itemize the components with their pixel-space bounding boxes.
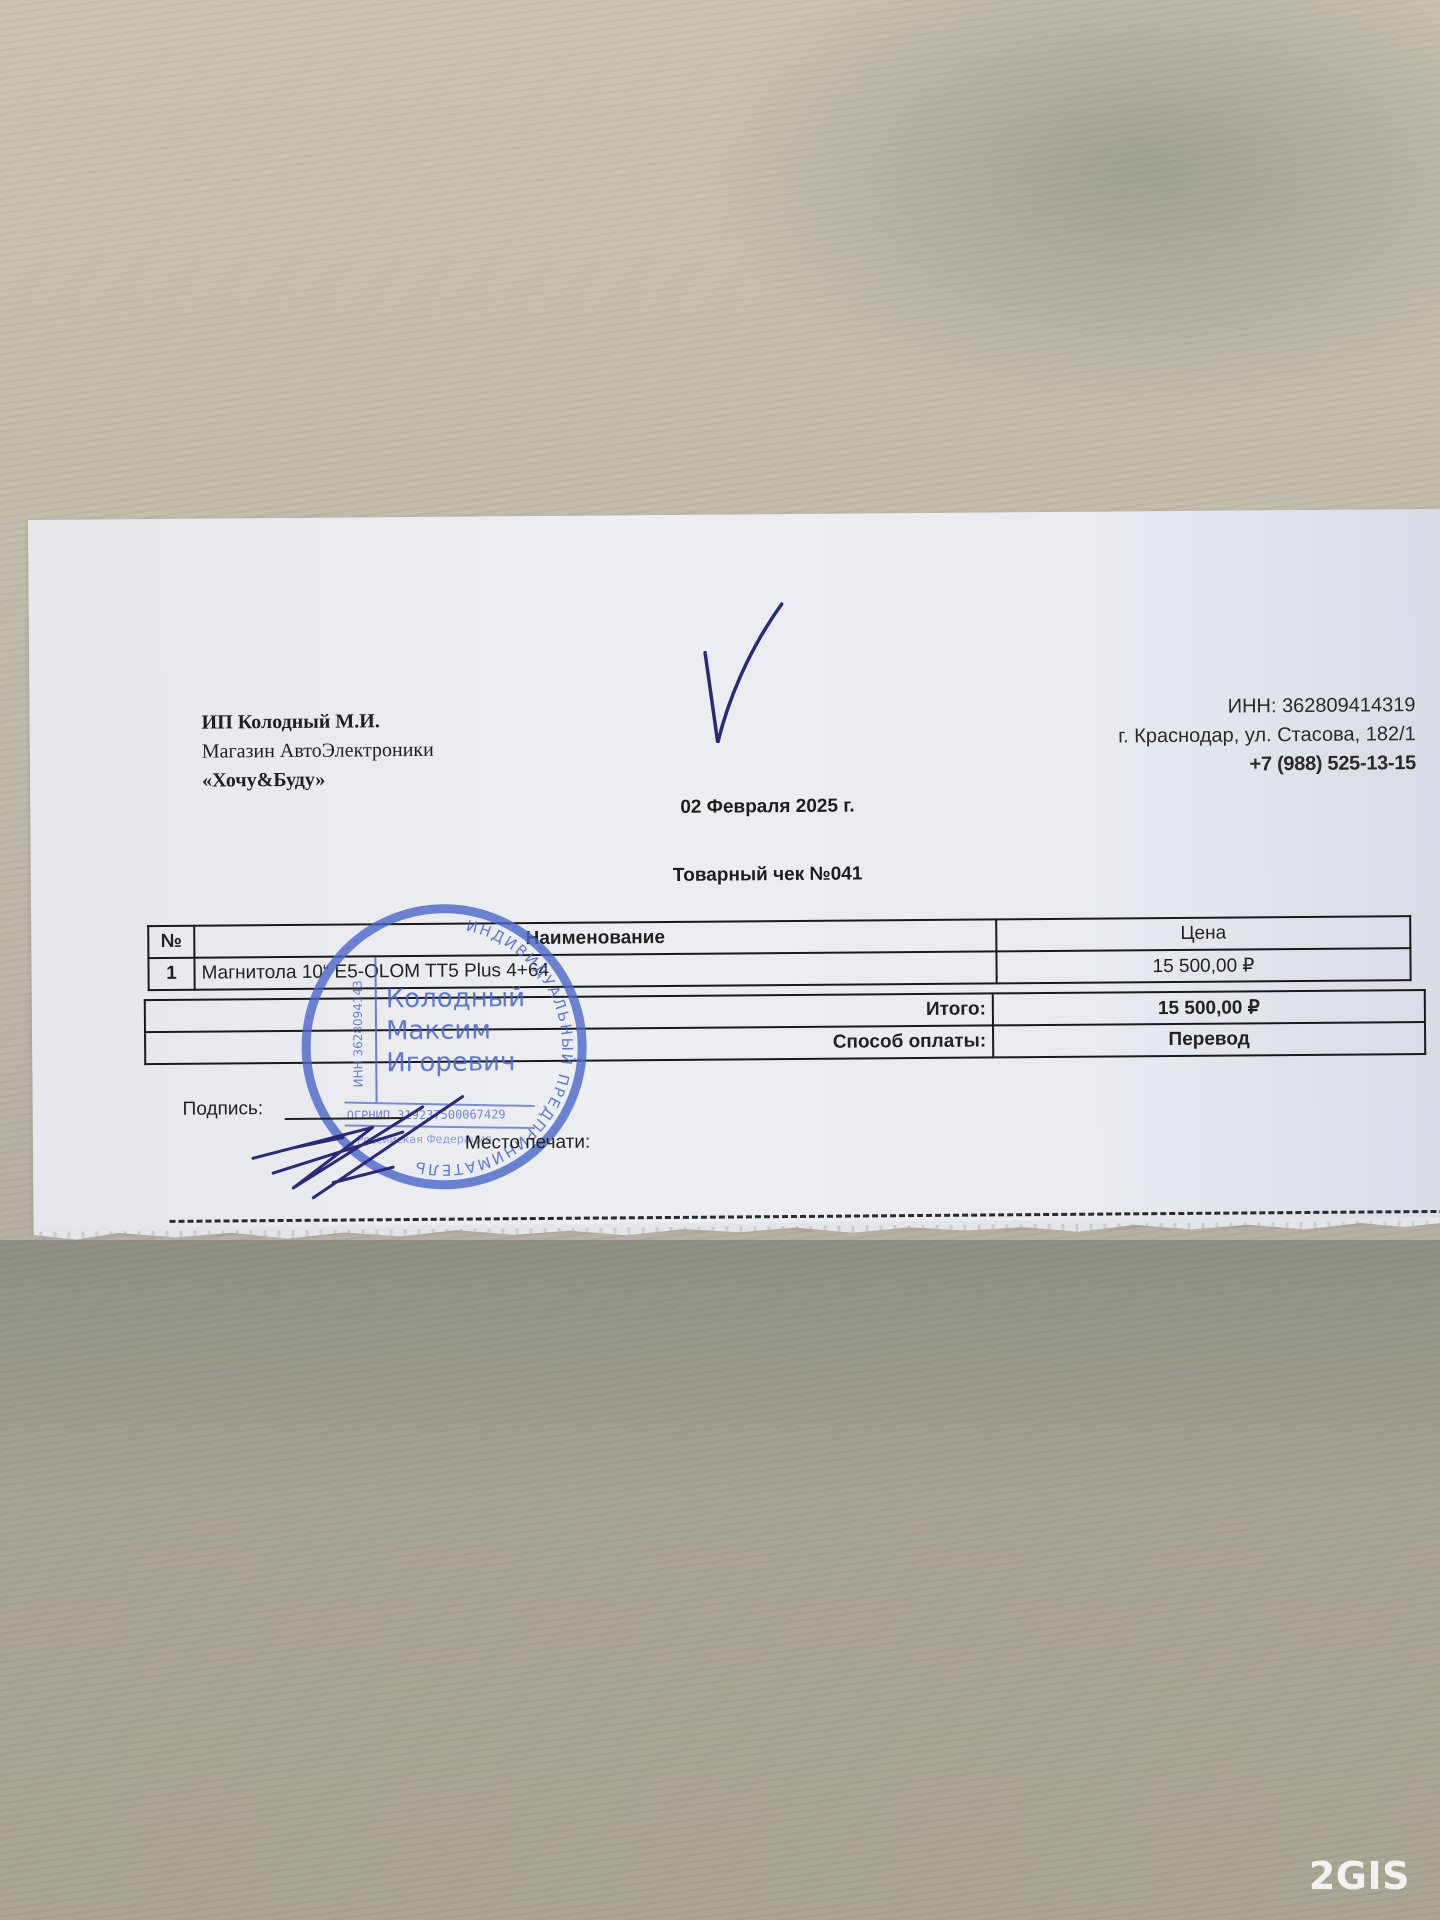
handwritten-signature-icon (232, 1086, 513, 1208)
phone: +7 (988) 525-13-15 (1118, 749, 1416, 780)
seller-block: ИП Колодный М.И. Магазин АвтоЭлектроники… (201, 707, 434, 796)
handwritten-checkmark-icon (697, 602, 788, 753)
row-price: 15 500,00 ₽ (996, 948, 1410, 983)
stamp-line3: Игоревич (386, 1047, 515, 1078)
header-price: Цена (996, 916, 1410, 951)
stamp-inn-text: ИНН 3628094143 (351, 980, 366, 1087)
total-value: 15 500,00 ₽ (993, 990, 1425, 1025)
address: г. Краснодар, ул. Стасова, 182/1 (1118, 720, 1416, 751)
payment-value: Перевод (993, 1022, 1425, 1057)
stamp-line2: Максим (386, 1015, 491, 1046)
watermark-logo: 2GIS (1309, 1854, 1410, 1898)
shop-type: Магазин АвтоЭлектроники (202, 736, 434, 767)
seller-name: ИП Колодный М.И. (201, 707, 433, 738)
contacts-block: ИНН: 362809414319 г. Краснодар, ул. Стас… (1118, 691, 1416, 780)
receipt-title: Товарный чек №041 (673, 863, 863, 886)
header-number: № (148, 926, 194, 958)
stamp-line1: Колодный (386, 983, 526, 1014)
inn: ИНН: 362809414319 (1118, 691, 1416, 722)
row-number: 1 (148, 958, 194, 990)
shop-name: «Хочу&Буду» (202, 765, 434, 796)
receipt-paper: ИП Колодный М.И. Магазин АвтоЭлектроники… (28, 509, 1440, 1232)
background-shadow (700, 0, 1440, 420)
receipt-date: 02 Февраля 2025 г. (680, 796, 854, 819)
background-shadow-lower (0, 1240, 1440, 1920)
